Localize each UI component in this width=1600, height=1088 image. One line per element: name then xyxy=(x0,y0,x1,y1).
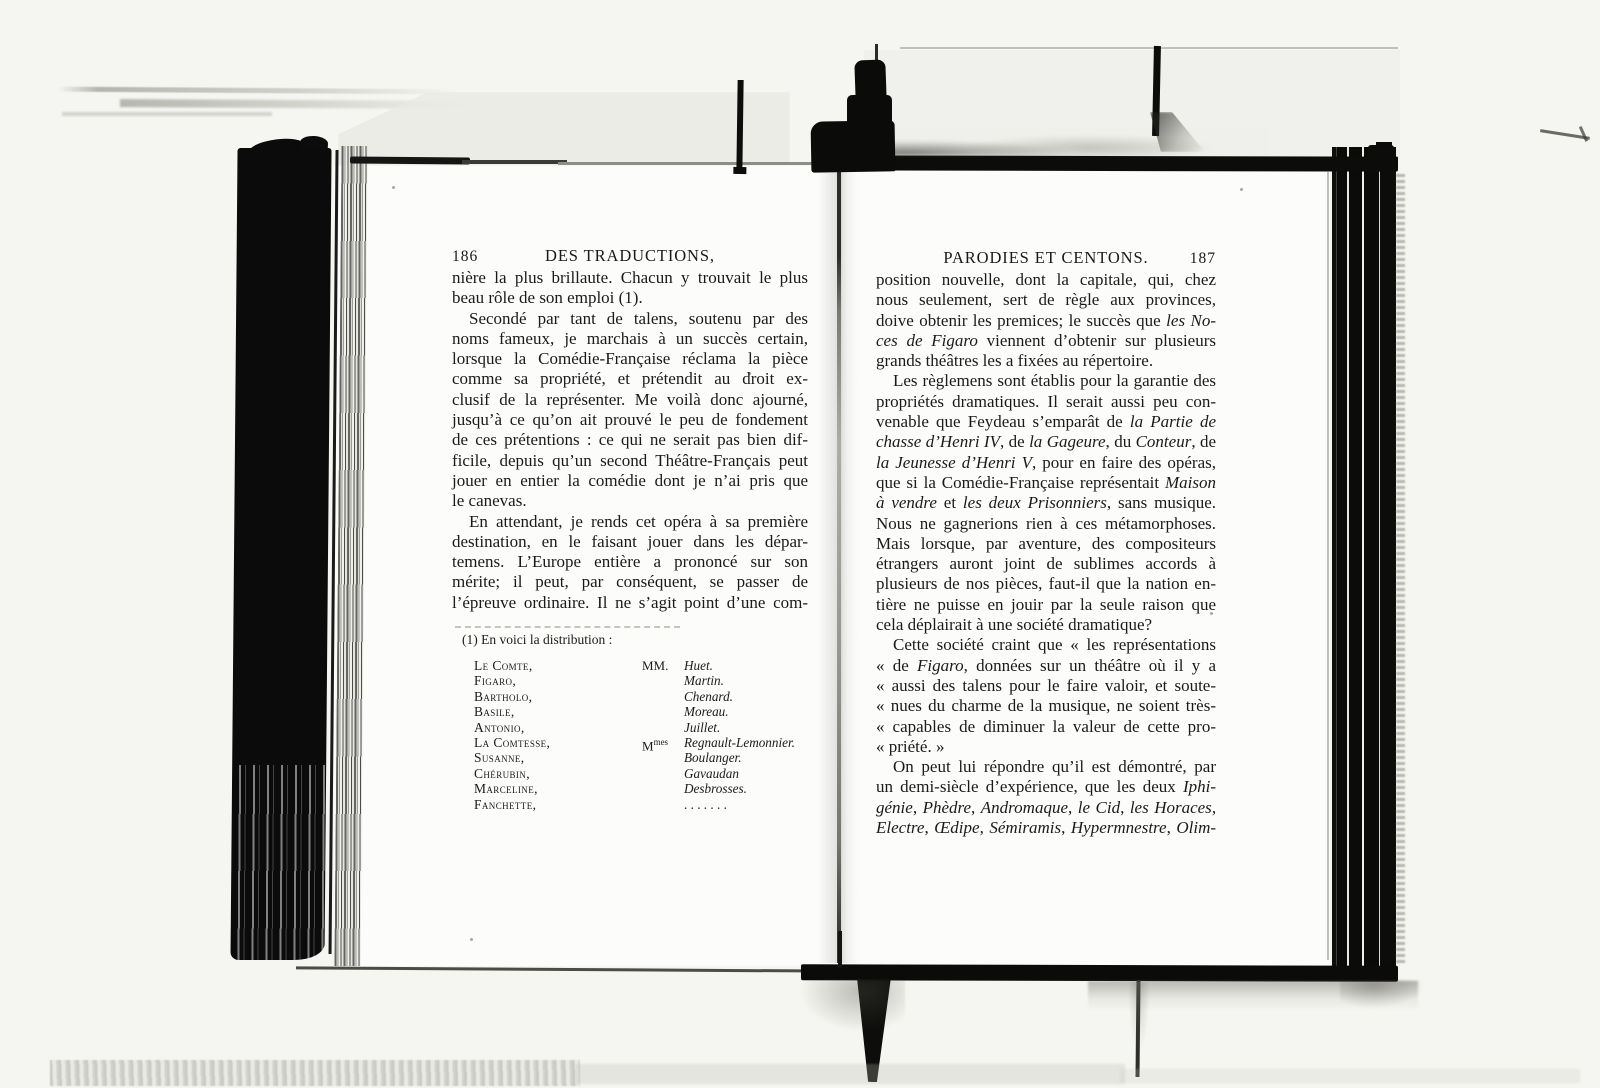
cast-prefix xyxy=(642,797,684,812)
cast-name: Gavaudan xyxy=(684,766,824,781)
right-page-edge-line xyxy=(1327,172,1329,960)
left-running-title: DES TRADUCTIONS, xyxy=(510,246,750,266)
text-line: génie, Phèdre, Andromaque, le Cid, les H… xyxy=(876,798,1216,818)
text-line: que si la Comédie-Française représentait… xyxy=(876,473,1216,493)
gutter-bottom-line xyxy=(838,931,842,968)
scan-smudge xyxy=(795,980,905,1035)
cast-name: Desbrosses. xyxy=(684,781,824,796)
text-line: nous seulement, sert de règle aux provin… xyxy=(876,290,1216,310)
scan-speck xyxy=(392,186,395,189)
text-line: « nues du charme de la musique, ne soien… xyxy=(876,696,1216,716)
cast-name: Martin. xyxy=(684,673,824,688)
text-line: On peut lui répondre qu’il est démontré,… xyxy=(876,757,1216,777)
text-line: de ces prétentions : ce qui ne serait pa… xyxy=(452,430,808,450)
cast-list: Le Comte,MM.Huet.Figaro,Martin.Bartholo,… xyxy=(474,658,824,812)
scan-pin-mark xyxy=(736,80,743,172)
scan-streak xyxy=(58,87,458,95)
scan-speck xyxy=(1240,188,1243,191)
scan-streak xyxy=(62,112,272,116)
text-line: lorsque la Comédie-Française réclama la … xyxy=(452,349,808,369)
cast-name: . . . . . . . xyxy=(684,797,824,812)
left-page-top-edge xyxy=(558,162,840,165)
right-page-top-corner xyxy=(1368,145,1394,161)
text-line: clusif de la représenter. Me voilà donc … xyxy=(452,390,808,410)
scan-band-bottom xyxy=(50,1060,580,1086)
cast-role: Marceline, xyxy=(474,781,642,796)
text-line: mérite; il peut, par conséquent, se pass… xyxy=(452,572,808,592)
cast-row: Basile,Moreau. xyxy=(474,704,824,719)
cast-name: Juillet. xyxy=(684,720,824,735)
text-line: l’épreuve ordinaire. Il ne s’agit point … xyxy=(452,593,808,613)
cast-role: Susanne, xyxy=(474,750,642,765)
text-line: venable que Feydeau s’emparât de la Part… xyxy=(876,412,1216,432)
book-edge-left xyxy=(222,146,367,966)
left-page-top-edge xyxy=(350,156,470,164)
text-line: Cette société craint que « les représent… xyxy=(876,635,1216,655)
text-line: jusqu’à ce qu’on ait prouvé le peu de fo… xyxy=(452,410,808,430)
ink-tuft xyxy=(300,135,329,150)
text-line: un demi-siècle d’expérience, que les deu… xyxy=(876,777,1216,797)
cast-role: Basile, xyxy=(474,704,642,719)
cast-prefix xyxy=(642,750,684,765)
left-page-footnote: (1) En voici la distribution : Le Comte,… xyxy=(462,632,824,812)
cast-prefix xyxy=(642,673,684,688)
cast-role: Fanchette, xyxy=(474,797,642,812)
cast-prefix xyxy=(642,781,684,796)
text-line: Les règlemens sont établis pour la garan… xyxy=(876,371,1216,391)
text-line: tière ne puisse en jouir par la seule ra… xyxy=(876,595,1216,615)
cast-role: Le Comte, xyxy=(474,658,642,673)
cast-name: Moreau. xyxy=(684,704,824,719)
cast-name: Huet. xyxy=(684,658,824,673)
text-line: comme sa propriété, et prétendit au droi… xyxy=(452,369,808,389)
left-page-body: nière la plus brillaute. Chacun y trouva… xyxy=(452,268,808,613)
scan-shadow-bottom-right xyxy=(1088,981,1418,1011)
cast-role: Bartholo, xyxy=(474,689,642,704)
scan-speck xyxy=(470,938,473,941)
cast-name: Chenard. xyxy=(684,689,824,704)
left-page-bottom-edge xyxy=(296,966,840,972)
text-line: En attendant, je rends cet opéra à sa pr… xyxy=(452,512,808,532)
book-edge-left-solid xyxy=(230,148,331,960)
text-line: « de Figaro, données sur un théâtre où i… xyxy=(876,656,1216,676)
cast-row: Bartholo,Chenard. xyxy=(474,689,824,704)
text-line: destination, en le faisant jouer dans le… xyxy=(452,532,808,552)
text-line: « capables de diminuer la valeur de cett… xyxy=(876,717,1216,737)
cast-row: Chérubin,Gavaudan xyxy=(474,766,824,781)
right-page-body: position nouvelle, dont la capitale, qui… xyxy=(876,270,1216,838)
cast-prefix xyxy=(642,689,684,704)
text-line: ficile, depuis qu’un second Théâtre-Fran… xyxy=(452,451,808,471)
text-line: à vendre et les deux Prisonniers, sans m… xyxy=(876,493,1216,513)
text-line: la Jeunesse d’Henri V, pour en faire des… xyxy=(876,453,1216,473)
cast-row: Fanchette,. . . . . . . xyxy=(474,797,824,812)
text-line: Mais lorsque, par aventure, des composit… xyxy=(876,534,1216,554)
cast-name: Boulanger. xyxy=(684,750,824,765)
cast-row: Marceline,Desbrosses. xyxy=(474,781,824,796)
text-line: doive obtenir les premices; le succès qu… xyxy=(876,311,1216,331)
text-line: temens. L’Europe entière a prononcé sur … xyxy=(452,552,808,572)
text-line: propriétés dramatiques. Il serait aussi … xyxy=(876,392,1216,412)
page-top-edge-line xyxy=(900,47,1398,49)
book-edge-right xyxy=(1332,147,1396,980)
right-page-header: PARODIES ET CENTONS. 187 xyxy=(876,248,1216,268)
book-clamp xyxy=(811,120,896,172)
scanned-book-spread: { "colors": { "paper": "#fcfcfa", "backg… xyxy=(0,0,1600,1088)
text-line: jouer en entier la comédie dont je n’ai … xyxy=(452,471,808,491)
text-line: Nous ne gagnerions rien à ces métamorpho… xyxy=(876,514,1216,534)
cast-row: Susanne,Boulanger. xyxy=(474,750,824,765)
right-page-number: 187 xyxy=(1158,249,1216,269)
text-line: chasse d’Henri IV, de la Gageure, du Con… xyxy=(876,432,1216,452)
text-line: étrangers auront joint de sublimes accor… xyxy=(876,554,1216,574)
right-running-title: PARODIES ET CENTONS. xyxy=(934,248,1158,268)
text-line: position nouvelle, dont la capitale, qui… xyxy=(876,270,1216,290)
gutter-line xyxy=(837,168,841,963)
text-line: « aussi des talens pour le faire valoir,… xyxy=(876,676,1216,696)
scan-tick-mark xyxy=(1579,126,1588,142)
scan-band-bottom xyxy=(1120,1069,1580,1083)
left-page-number: 186 xyxy=(452,247,510,267)
text-line: ces de Figaro viennent d’obtenir sur plu… xyxy=(876,331,1216,351)
cast-prefix xyxy=(642,704,684,719)
left-page-header: 186 DES TRADUCTIONS, xyxy=(452,246,808,266)
scan-band-bottom xyxy=(575,1064,1125,1084)
cast-prefix xyxy=(642,720,684,735)
text-line: Secondé par tant de talens, soutenu par … xyxy=(452,309,808,329)
cast-row: Antonio,Juillet. xyxy=(474,720,824,735)
text-line: plusieurs de nos pièces, faut-il que la … xyxy=(876,574,1216,594)
cast-role: Figaro, xyxy=(474,673,642,688)
cast-row: Figaro,Martin. xyxy=(474,673,824,688)
cast-row: Le Comte,MM.Huet. xyxy=(474,658,824,673)
scan-shadow-top-left xyxy=(338,92,790,165)
cast-prefix: MM. xyxy=(642,658,684,673)
footnote-intro: (1) En voici la distribution : xyxy=(462,632,824,654)
cast-row: La Comtesse,MmesRegnault-Lemonnier. xyxy=(474,735,824,750)
text-line: Electre, Œdipe, Sémiramis, Hypermnestre,… xyxy=(876,818,1216,838)
left-page-top-edge xyxy=(462,160,567,164)
cast-role: Chérubin, xyxy=(474,766,642,781)
text-line: nière la plus brillaute. Chacun y trouva… xyxy=(452,268,808,288)
right-page-top-edge xyxy=(826,155,1398,171)
cast-role: Antonio, xyxy=(474,720,642,735)
cast-prefix xyxy=(642,766,684,781)
text-line: noms fameux, je marchais à un succès cer… xyxy=(452,329,808,349)
